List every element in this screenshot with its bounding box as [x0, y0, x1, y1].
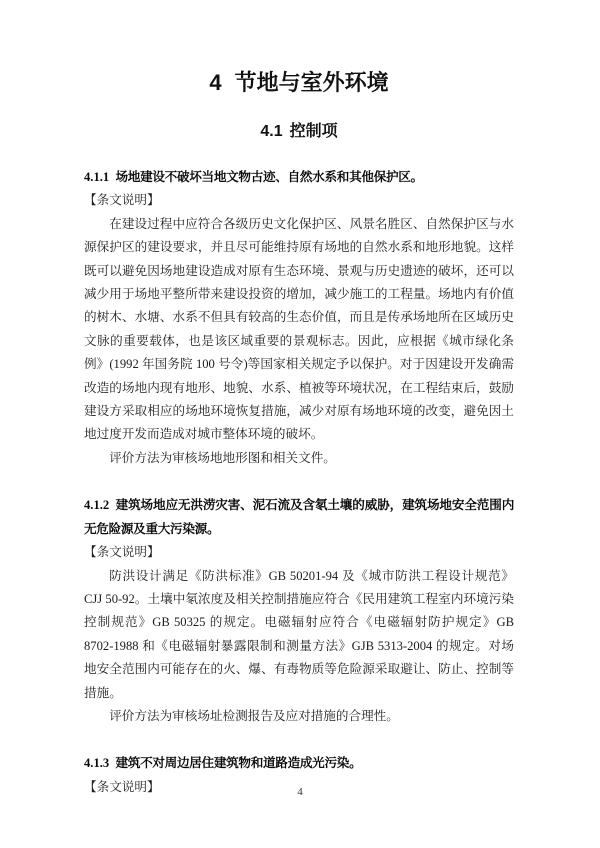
clause-title: 建筑场地应无洪涝灾害、泥石流及含氡土壤的威胁，建筑场地安全范围内无危险源及重大污…: [84, 498, 514, 535]
clause-4-1-1: 4.1.1场地建设不破坏当地文物古迹、自然水系和其他保护区。 【条文说明】 在建…: [84, 166, 514, 470]
clause-heading: 4.1.2建筑场地应无洪涝灾害、泥石流及含氡土壤的威胁，建筑场地安全范围内无危险…: [84, 494, 514, 541]
section-name: 控制项: [290, 123, 338, 140]
evaluation-method-paragraph: 评价方法为审核场址检测报告及应对措施的合理性。: [84, 705, 514, 728]
section-title: 4.1控制项: [84, 122, 514, 142]
clause-title: 场地建设不破坏当地文物古迹、自然水系和其他保护区。: [115, 170, 422, 184]
clause-number: 4.1.2: [84, 498, 109, 512]
chapter-number: 4: [209, 70, 221, 95]
page-content: 4节地与室外环境 4.1控制项 4.1.1场地建设不破坏当地文物古迹、自然水系和…: [84, 68, 514, 799]
chapter-name: 节地与室外环境: [235, 70, 389, 95]
clause-title: 建筑不对周边居住建筑物和道路造成光污染。: [115, 756, 361, 770]
evaluation-method-paragraph: 评价方法为审核场地地形图和相关文件。: [84, 447, 514, 470]
clause-heading: 4.1.3建筑不对周边居住建筑物和道路造成光污染。: [84, 752, 514, 775]
section-number: 4.1: [260, 123, 282, 140]
clause-heading: 4.1.1场地建设不破坏当地文物古迹、自然水系和其他保护区。: [84, 166, 514, 189]
explanation-label: 【条文说明】: [84, 541, 514, 564]
explanation-label: 【条文说明】: [84, 189, 514, 212]
chapter-title: 4节地与室外环境: [84, 68, 514, 98]
explanation-paragraph: 防洪设计满足《防洪标准》GB 50201-94 及《城市防洪工程设计规范》CJJ…: [84, 565, 514, 705]
explanation-paragraph: 在建设过程中应符合各级历史文化保护区、风景名胜区、自然保护区与水源保护区的建设要…: [84, 213, 514, 447]
document-page: 4节地与室外环境 4.1控制项 4.1.1场地建设不破坏当地文物古迹、自然水系和…: [0, 0, 600, 848]
clause-number: 4.1.1: [84, 170, 109, 184]
clause-4-1-2: 4.1.2建筑场地应无洪涝灾害、泥石流及含氡土壤的威胁，建筑场地安全范围内无危险…: [84, 494, 514, 728]
page-number: 4: [0, 786, 600, 798]
clause-number: 4.1.3: [84, 756, 109, 770]
